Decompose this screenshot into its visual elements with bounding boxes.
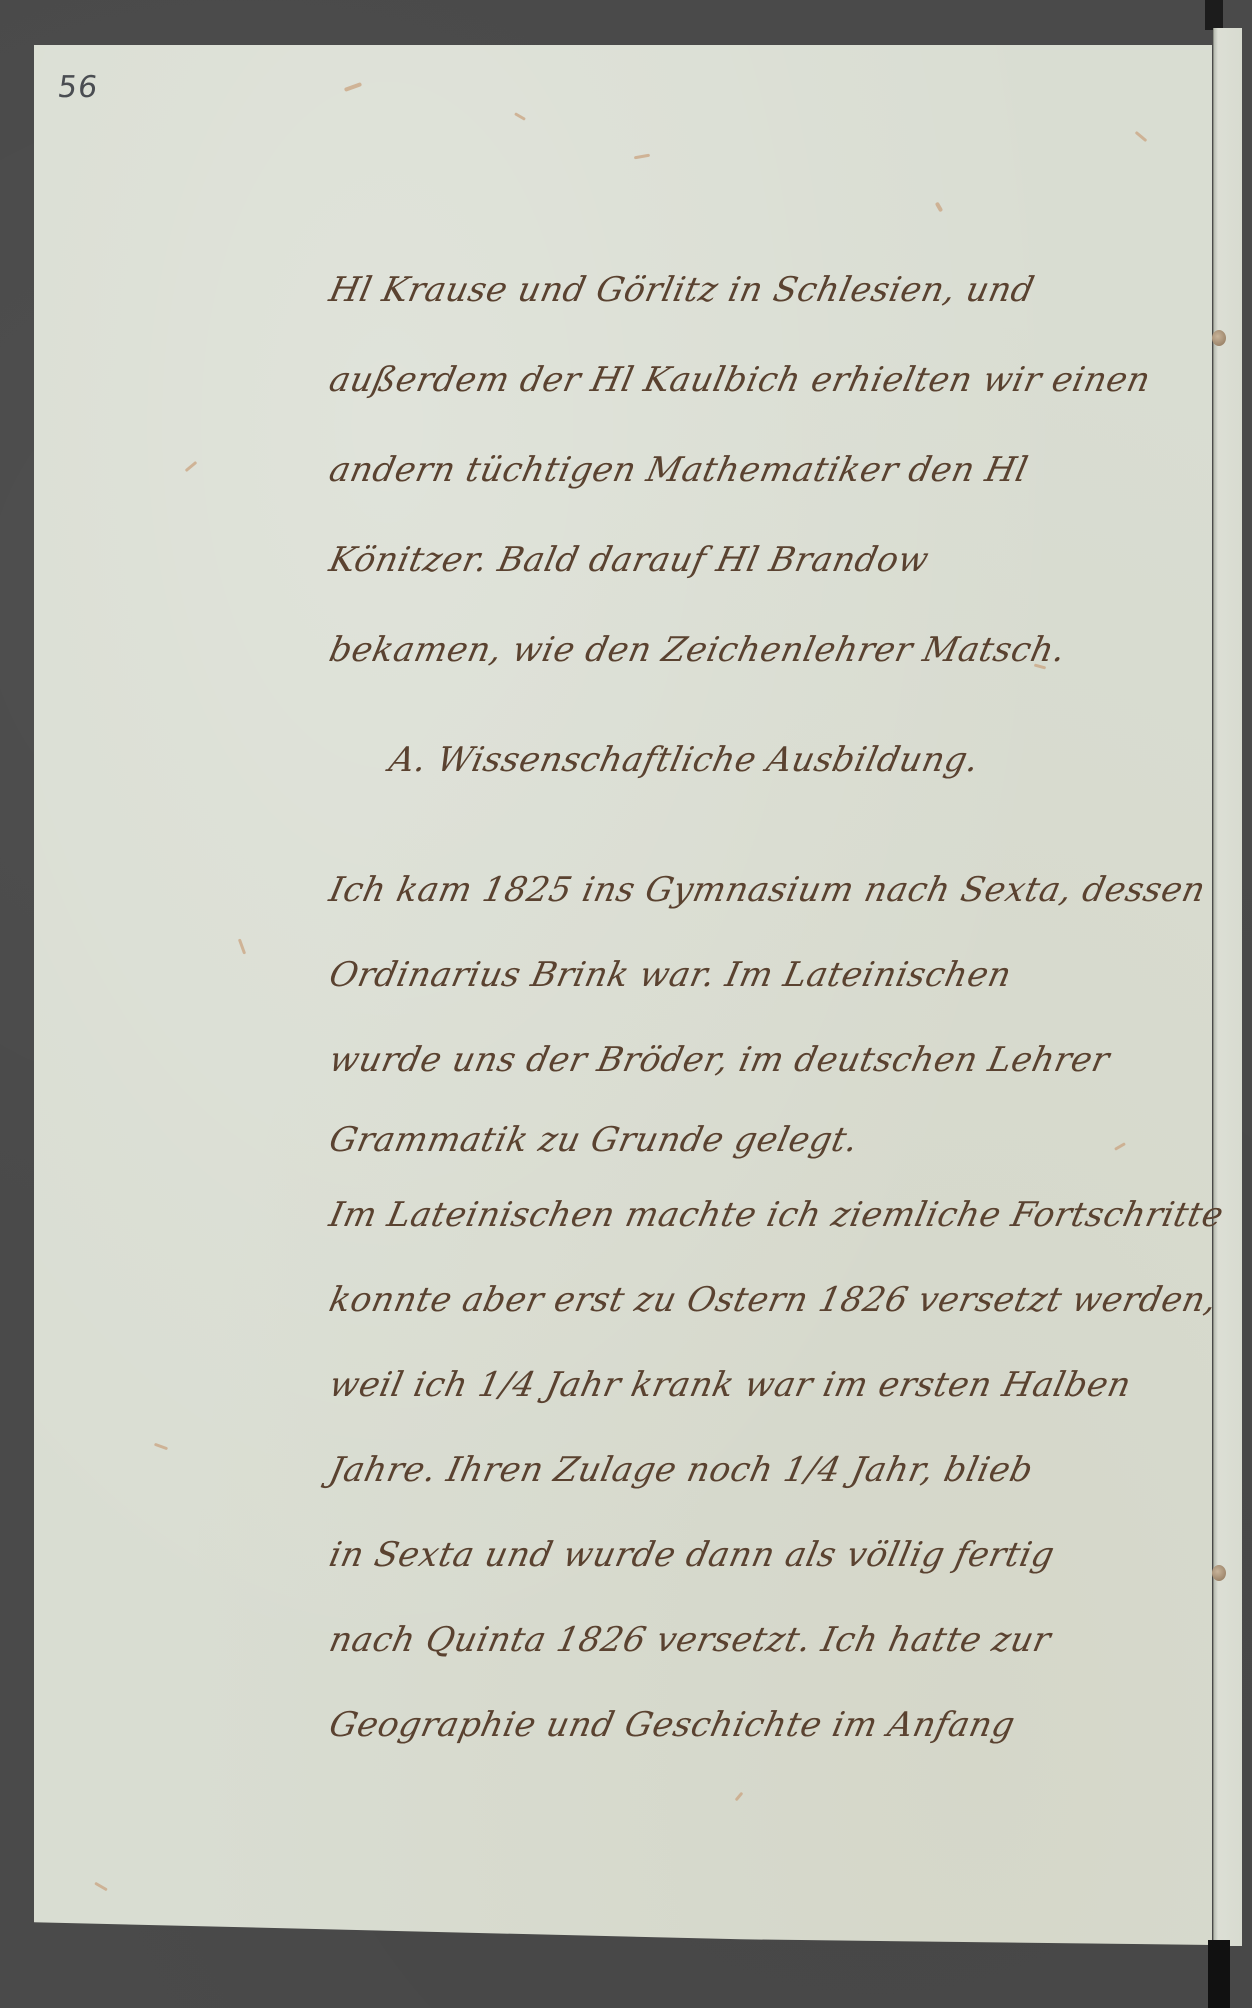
text-line: Ich kam 1825 ins Gymnasium nach Sexta, d… <box>326 870 1209 910</box>
paper-fiber <box>94 1882 108 1892</box>
text-line: Grammatik zu Grunde gelegt. <box>326 1120 862 1160</box>
text-line: weil ich 1/4 Jahr krank war im ersten Ha… <box>326 1365 1135 1405</box>
text-line: konnte aber erst zu Ostern 1826 versetzt… <box>326 1280 1221 1320</box>
paper-fiber <box>344 82 362 92</box>
text-line: andern tüchtigen Mathematiker den Hl <box>326 450 1032 490</box>
text-line: Jahre. Ihren Zulage noch 1/4 Jahr, blieb <box>326 1450 1037 1490</box>
paper-fiber <box>735 1792 744 1802</box>
text-line: in Sexta und wurde dann als völlig ferti… <box>326 1535 1058 1575</box>
paper-fiber <box>185 461 198 472</box>
manuscript-page <box>34 45 1212 1945</box>
text-line: Im Lateinischen machte ich ziemliche For… <box>326 1195 1227 1235</box>
text-line: nach Quinta 1826 versetzt. Ich hatte zur <box>326 1620 1055 1660</box>
text-line: wurde uns der Bröder, im deutschen Lehre… <box>326 1040 1113 1080</box>
paper-fiber <box>154 1443 168 1451</box>
paper-fiber <box>514 112 526 121</box>
text-line: bekamen, wie den Zeichenlehrer Matsch. <box>326 630 1069 670</box>
text-line: Hl Krause und Görlitz in Schlesien, und <box>326 270 1038 310</box>
paper-fiber <box>1114 1142 1126 1151</box>
binding-top <box>1205 0 1223 30</box>
binding-spine <box>1208 1940 1230 2008</box>
section-heading: A. Wissenschaftliche Ausbildung. <box>386 740 983 780</box>
binding-clip <box>1212 330 1226 346</box>
text-line: Könitzer. Bald darauf Hl Brandow <box>326 540 933 580</box>
text-line: Geographie und Geschichte im Anfang <box>326 1705 1019 1745</box>
text-line: Ordinarius Brink war. Im Lateinischen <box>326 955 1015 995</box>
paper-fiber <box>1135 131 1148 142</box>
paper-fiber <box>238 938 246 954</box>
binding-clip <box>1212 1565 1226 1581</box>
folio-number: 56 <box>56 70 101 105</box>
paper-fiber <box>634 154 650 160</box>
text-line: außerdem der Hl Kaulbich erhielten wir e… <box>326 360 1154 400</box>
paper-fiber <box>935 202 943 213</box>
adjacent-page-edge <box>1213 28 1242 1946</box>
